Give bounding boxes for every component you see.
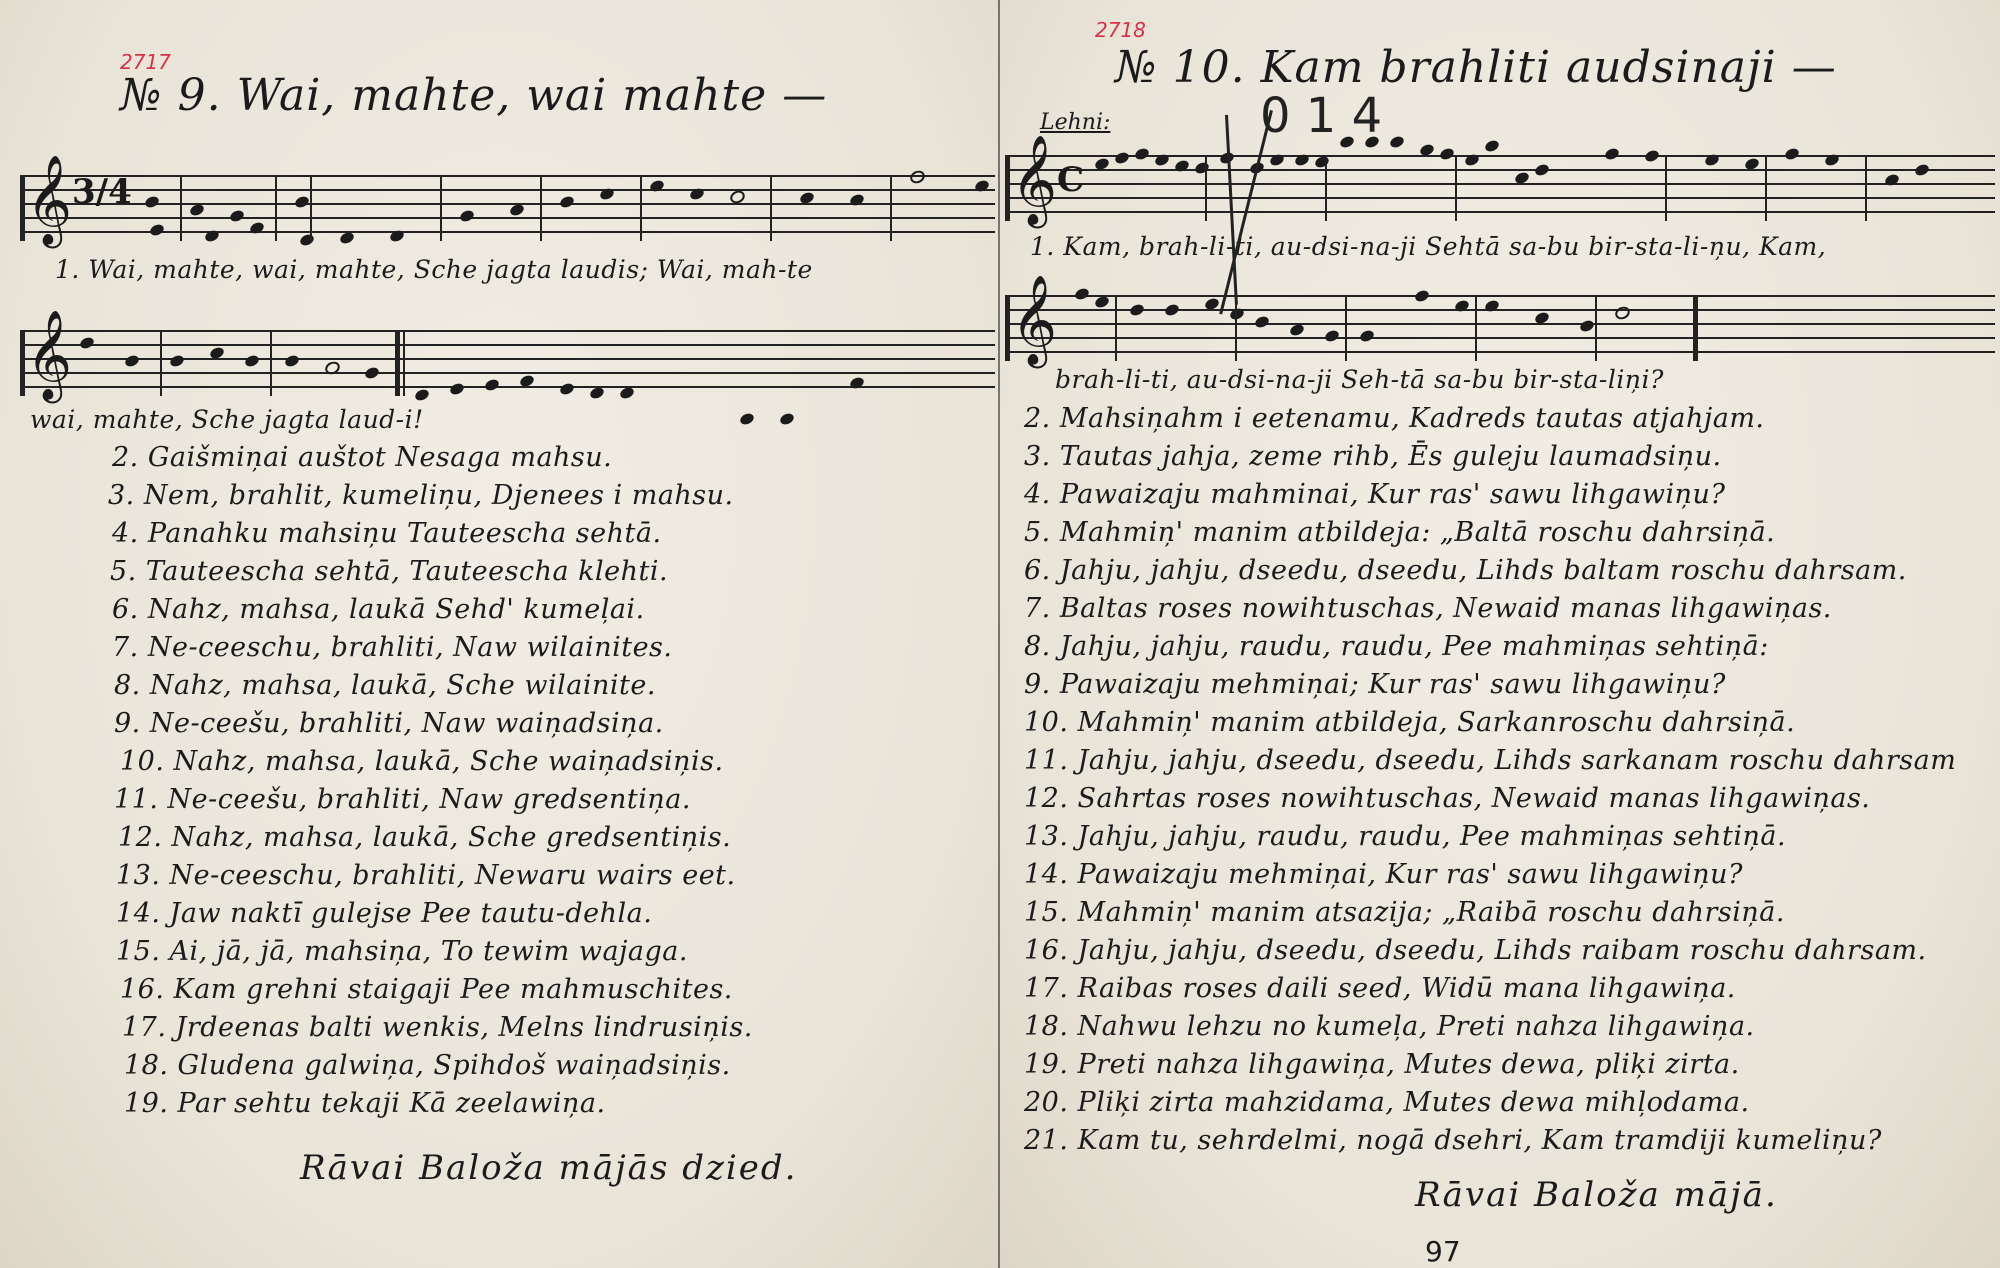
verse-line: 5. Tauteescha sehtā, Tauteescha klehti.	[110, 556, 668, 587]
verse-line: 13. Ne-ceeschu, brahliti, Newaru wairs e…	[116, 860, 736, 891]
verse-line: 5. Mahmiņ' manim atbildeja: „Baltā rosch…	[1024, 517, 1775, 548]
collector-signature-left: Rāvai Baloža mājās dzied.	[300, 1148, 797, 1188]
pencil-annotation: 0 1 4	[1260, 88, 1382, 144]
verse-line: 4. Pawaizaju mahminai, Kur ras' sawu lih…	[1024, 479, 1725, 510]
time-signature: 3/4	[72, 177, 132, 208]
lyrics-line-2-left: wai, mahte, Sche jagta laud-i!	[30, 405, 424, 434]
verse-line: 19. Preti nahza lihgawiņa, Mutes dewa, p…	[1024, 1049, 1740, 1080]
song-title-left: № 9. Wai, mahte, wai mahte —	[120, 70, 827, 121]
verse-line: 8. Jahju, jahju, raudu, raudu, Pee mahmi…	[1024, 631, 1769, 662]
verse-line: 17. Raibas roses daili seed, Widū mana l…	[1024, 973, 1736, 1004]
song-title-right: № 10. Kam brahliti audsinaji —	[1115, 42, 1837, 93]
music-staff-2-right: 𝄞	[1005, 295, 1995, 359]
verse-line: 6. Nahz, mahsa, laukā Sehd' kumeļai.	[112, 594, 645, 625]
verse-line: 12. Sahrtas roses nowihtuschas, Newaid m…	[1024, 783, 1870, 814]
collector-signature-right: Rāvai Baloža mājā.	[1415, 1175, 1778, 1215]
verse-line: 10. Nahz, mahsa, laukā, Sche waiņadsiņis…	[120, 746, 724, 777]
left-page: 2717 № 9. Wai, mahte, wai mahte — 𝄞 3/4 …	[0, 0, 1000, 1268]
verse-line: 14. Jaw naktī gulejse Pee tautu-dehla.	[116, 898, 652, 929]
verse-line: 15. Mahmiņ' manim atsazija; „Raibā rosch…	[1024, 897, 1785, 928]
verse-line: 19. Par sehtu tekaji Kā zeelawiņa.	[124, 1088, 606, 1119]
lyrics-line-1-right: 1. Kam, brah-li-ti, au-dsi-na-ji Sehtā s…	[1030, 232, 1826, 261]
verse-line: 16. Kam grehni staigaji Pee mahmuschites…	[120, 974, 733, 1005]
verse-line: 7. Ne-ceeschu, brahliti, Naw wilainites.	[112, 632, 673, 663]
verse-line: 2. Gaišmiņai auštot Nesaga mahsu.	[112, 442, 612, 473]
verse-line: 13. Jahju, jahju, raudu, raudu, Pee mahm…	[1024, 821, 1786, 852]
verse-line: 9. Ne-ceešu, brahliti, Naw waiņadsiņa.	[114, 708, 664, 739]
verse-line: 12. Nahz, mahsa, laukā, Sche gredsentiņi…	[118, 822, 731, 853]
verse-line: 7. Baltas roses nowihtuschas, Newaid man…	[1024, 593, 1832, 624]
music-staff-2-left: 𝄞	[20, 330, 995, 394]
archive-number-right: 2718	[1095, 18, 1146, 42]
verse-line: 10. Mahmiņ' manim atbildeja, Sarkanrosch…	[1024, 707, 1795, 738]
verse-line: 21. Kam tu, sehrdelmi, nogā dsehri, Kam …	[1024, 1125, 1882, 1156]
verse-line: 8. Nahz, mahsa, laukā, Sche wilainite.	[114, 670, 656, 701]
treble-clef-icon: 𝄞	[26, 161, 72, 239]
verse-line: 16. Jahju, jahju, dseedu, dseedu, Lihds …	[1024, 935, 1927, 966]
treble-clef-icon: 𝄞	[26, 316, 72, 394]
time-signature: C	[1057, 165, 1084, 196]
verse-line: 3. Nem, brahlit, kumeliņu, Djenees i mah…	[108, 480, 734, 511]
treble-clef-icon: 𝄞	[1011, 281, 1057, 359]
verse-line: 6. Jahju, jahju, dseedu, dseedu, Lihds b…	[1024, 555, 1907, 586]
verse-line: 18. Gludena galwiņa, Spihdoš waiņadsiņis…	[124, 1050, 731, 1081]
lyrics-line-1-left: 1. Wai, mahte, wai, mahte, Sche jagta la…	[55, 255, 813, 284]
page-number: 97	[1425, 1235, 1461, 1268]
lyrics-line-2-right: brah-li-ti, au-dsi-na-ji Seh-tā sa-bu bi…	[1055, 365, 1664, 394]
verse-line: 11. Ne-ceešu, brahliti, Naw gredsentiņa.	[114, 784, 691, 815]
music-staff-1-right: 𝄞 C	[1005, 155, 1995, 219]
verse-line: 9. Pawaizaju mehmiņai; Kur ras' sawu lih…	[1024, 669, 1726, 700]
verse-line: 17. Jrdeenas balti wenkis, Melns lindrus…	[122, 1012, 753, 1043]
verse-line: 20. Pliķi zirta mahzidama, Mutes dewa mi…	[1024, 1087, 1750, 1118]
right-page: 2718 № 10. Kam brahliti audsinaji — Lehn…	[1000, 0, 2000, 1268]
verse-line: 14. Pawaizaju mehmiņai, Kur ras' sawu li…	[1024, 859, 1743, 890]
verse-line: 15. Ai, jā, jā, mahsiņa, To tewim wajaga…	[116, 936, 688, 967]
verse-line: 11. Jahju, jahju, dseedu, dseedu, Lihds …	[1024, 745, 1956, 776]
music-staff-1-left: 𝄞 3/4	[20, 175, 995, 239]
verse-line: 18. Nahwu lehzu no kumeļa, Preti nahza l…	[1024, 1011, 1755, 1042]
verse-line: 2. Mahsiņahm i eetenamu, Kadreds tautas …	[1024, 403, 1765, 434]
tempo-marking: Lehni:	[1040, 110, 1110, 135]
verse-line: 3. Tautas jahja, zeme rihb, Ēs guleju la…	[1024, 441, 1722, 472]
treble-clef-icon: 𝄞	[1011, 141, 1057, 219]
verse-line: 4. Panahku mahsiņu Tauteescha sehtā.	[112, 518, 662, 549]
